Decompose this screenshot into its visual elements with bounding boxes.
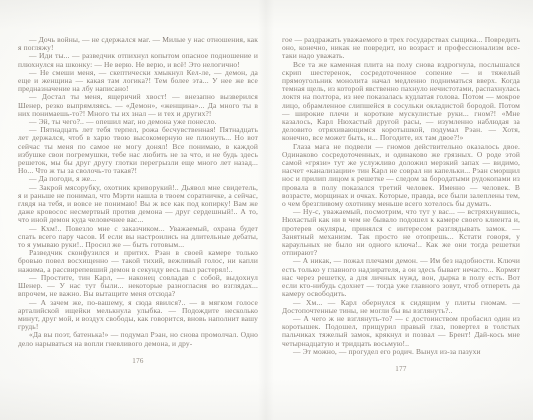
paragraph: — Эт можно, — прогудел его родич. Вынул … <box>282 348 520 356</box>
paragraph: — Кхм!.. Повезло мне с заказчиком... Ува… <box>18 225 258 250</box>
paragraph: — Закрой мясорубку, охотник криворукий!.… <box>18 184 258 225</box>
book-spread: — Дочь войны, — не сдержался маг. — Милы… <box>0 0 533 420</box>
paragraph: — Пятнадцать лет тебя терпел, рожа бесчу… <box>18 126 258 175</box>
page-number-left: 176 <box>18 357 258 365</box>
paragraph: — Дочь войны, — не сдержался маг. — Милы… <box>18 36 258 52</box>
book-photo: — Дочь войны, — не сдержался маг. — Милы… <box>0 0 533 420</box>
paragraph: — Ну-с, уважаемый, посмотрим, что тут у … <box>282 208 520 257</box>
paragraph: — Простите, тин Карл, — наконец совладав… <box>18 274 258 299</box>
paragraph: — А зачем же, по-вашему, я сюда явился?.… <box>18 299 258 332</box>
paragraph: — А никак, — пожал плечами демон. — Им б… <box>282 257 520 298</box>
paragraph: Глаза мага не подвели — гномов действите… <box>282 143 520 209</box>
paragraph: — Достал ты меня, ящеричий хвост! — внез… <box>18 93 258 118</box>
paragraph: Все та же каменная плита на полу снова в… <box>282 61 520 143</box>
paragraph: — Иди ты... — разведчик отпихнул копытом… <box>18 52 258 68</box>
page-number-right: 177 <box>282 365 520 373</box>
page-left: — Дочь войны, — не сдержался маг. — Милы… <box>0 0 266 420</box>
paragraph: гое — раздражать уважаемого в трех госуд… <box>282 36 520 61</box>
paragraph: Разведчик сконфузился и притих. Рэан в с… <box>18 249 258 274</box>
page-left-text: — Дочь войны, — не сдержался маг. — Милы… <box>18 36 258 348</box>
page-right: гое — раздражать уважаемого в трех госуд… <box>266 0 533 420</box>
paragraph: — Хм... — Карл обернулся к сидящим у пли… <box>282 299 520 315</box>
paragraph: «Да вы поэт, батенька!» — подумал Рэан, … <box>18 331 258 347</box>
paragraph: — А чего ж не взглянуть-то? — с достоинс… <box>282 315 520 348</box>
page-right-text: гое — раздражать уважаемого в трех госуд… <box>282 36 520 356</box>
paragraph: — Не смеши меня, — скептически хмыкнул К… <box>18 69 258 94</box>
